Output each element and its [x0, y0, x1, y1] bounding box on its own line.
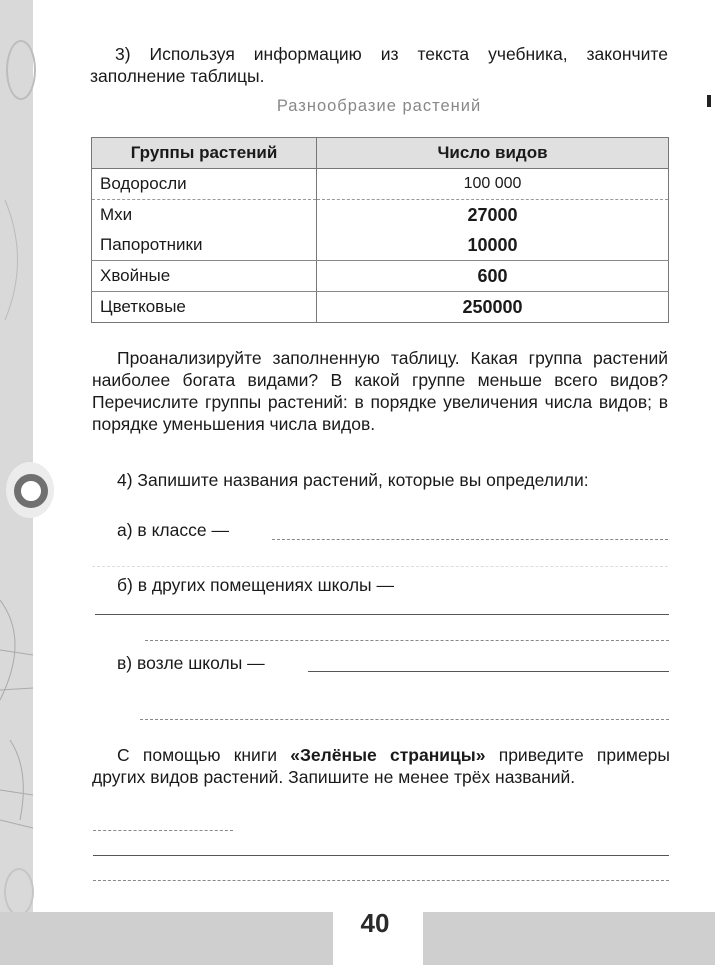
- table-row: Цветковые 250000: [92, 292, 669, 323]
- count-cell[interactable]: 27000: [317, 200, 669, 231]
- answer-line-near-school-2[interactable]: [140, 719, 669, 720]
- answer-line-classroom[interactable]: [272, 539, 668, 540]
- answer-line-examples-1[interactable]: [93, 830, 233, 831]
- group-cell: Хвойные: [92, 261, 317, 292]
- task3-instructions: 3) Используя информацию из текста учебни…: [90, 43, 668, 87]
- group-cell: Папоротники: [92, 230, 317, 261]
- decorative-swirl-icon: [6, 40, 36, 100]
- table-row: Хвойные 600: [92, 261, 669, 292]
- green-pages-instructions: С помощью книги «Зелёные страницы» приве…: [92, 744, 670, 788]
- decorative-swirl-icon: [4, 868, 34, 916]
- count-cell[interactable]: 250000: [317, 292, 669, 323]
- green-pages-book-title: «Зелёные страницы»: [290, 745, 485, 765]
- plant-diversity-table: Группы растений Число видов Водоросли 10…: [91, 137, 669, 323]
- answer-label-school-rooms: б) в других помещениях школы —: [117, 575, 394, 596]
- answer-label-classroom: а) в классе —: [117, 520, 229, 541]
- answer-line-examples-3[interactable]: [93, 880, 669, 881]
- answer-line-near-school[interactable]: [308, 671, 669, 672]
- table-title: Разнообразие растений: [90, 97, 668, 116]
- group-cell: Цветковые: [92, 292, 317, 323]
- binder-ring-icon: [14, 474, 48, 508]
- answer-line-school-rooms[interactable]: [95, 614, 669, 615]
- page-number: 40: [340, 908, 410, 939]
- answer-line-school-rooms-2[interactable]: [145, 640, 669, 641]
- count-cell[interactable]: 100 000: [317, 169, 669, 200]
- group-cell: Водоросли: [92, 169, 317, 200]
- edge-mark: [707, 95, 711, 107]
- task4-instructions: 4) Запишите названия растений, которые в…: [92, 469, 668, 491]
- table-row: Папоротники 10000: [92, 230, 669, 261]
- group-cell: Мхи: [92, 200, 317, 231]
- analysis-instructions: Проанализируйте заполненную таблицу. Как…: [92, 347, 668, 435]
- table-row: Водоросли 100 000: [92, 169, 669, 200]
- answer-line-examples-2[interactable]: [93, 855, 669, 856]
- green-pages-pre: С помощью книги: [117, 745, 290, 765]
- answer-label-near-school: в) возле школы —: [117, 653, 265, 674]
- count-cell[interactable]: 10000: [317, 230, 669, 261]
- table-row: Мхи 27000: [92, 200, 669, 231]
- count-cell[interactable]: 600: [317, 261, 669, 292]
- column-header-count: Число видов: [317, 138, 669, 169]
- column-header-group: Группы растений: [92, 138, 317, 169]
- answer-line-classroom-2[interactable]: [92, 566, 668, 567]
